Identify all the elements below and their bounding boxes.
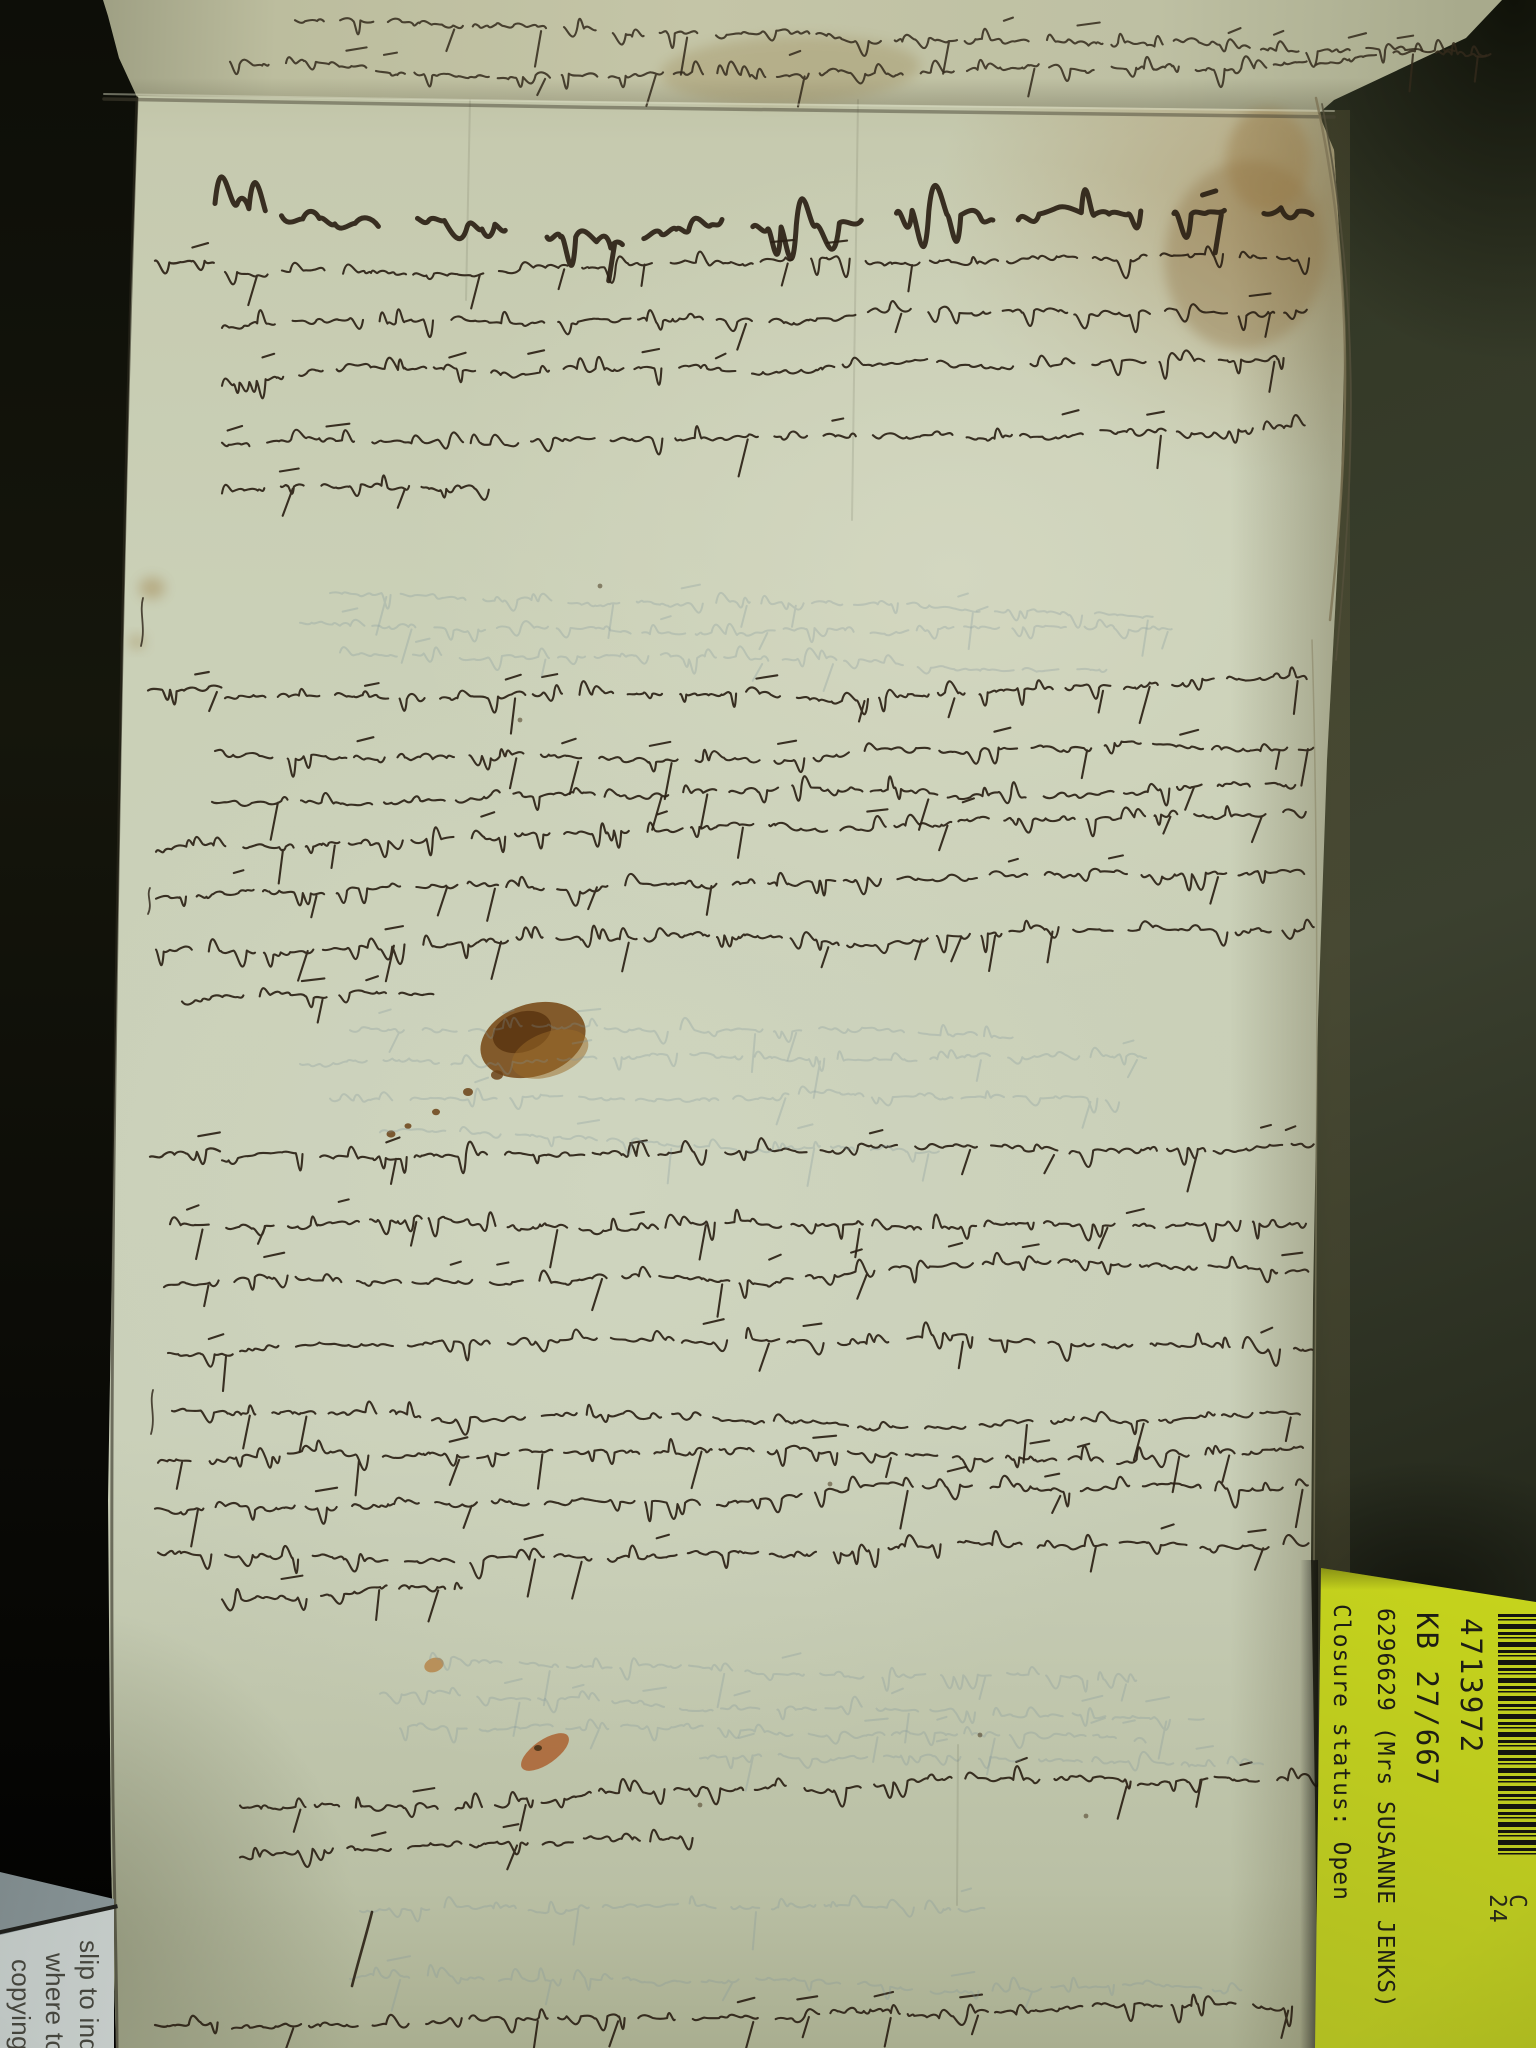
sticker-id-number: 4713972: [1454, 1618, 1488, 1754]
slip-text-line-1: slip to ind: [73, 1940, 104, 2048]
sticker-reference: KB 27/667: [1410, 1612, 1444, 1787]
sticker-order-line: 6296629 (Mrs SUSANNE JENKS): [1372, 1608, 1398, 2009]
sticker-shadow: [1300, 1560, 1318, 2048]
parchment-stains: [129, 31, 1340, 1777]
sticker-closure-status: Closure status: Open: [1328, 1604, 1354, 1901]
slip-text-line-3: copying: [5, 1959, 36, 2048]
slip-text-line-2: where to: [39, 1953, 70, 2048]
manuscript-photo: 4713972 KB 27/667 6296629 (Mrs SUSANNE J…: [0, 0, 1536, 2048]
barcode: [1498, 1614, 1536, 1858]
piece-number: 24: [1484, 1894, 1510, 1924]
